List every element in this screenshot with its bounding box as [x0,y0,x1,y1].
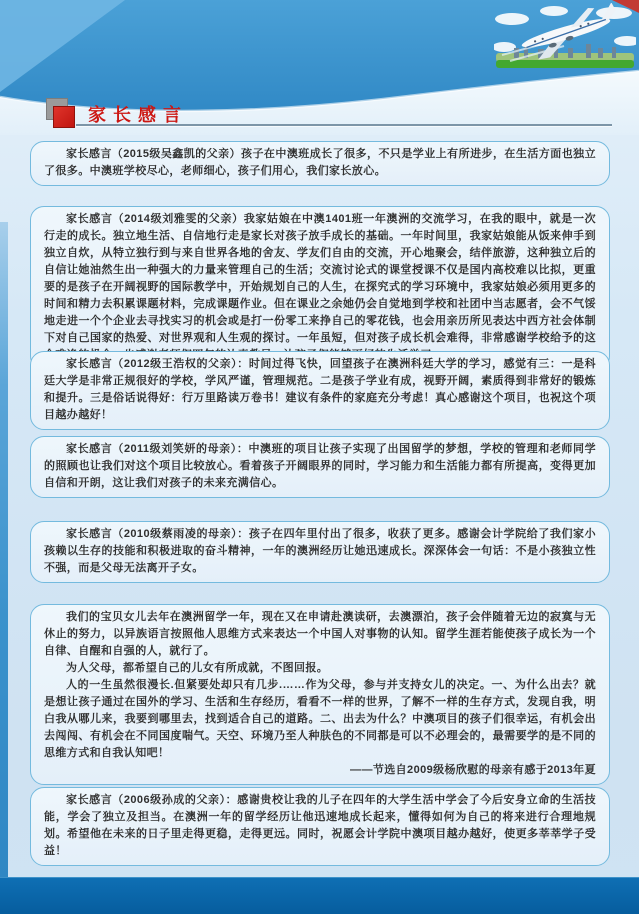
testimonial-box-2011: 家长感言（2011级刘笑妍的母亲）：中澳班的项目让孩子实现了出国留学的梦想，学校… [30,436,610,498]
testimonial-box-2006: 家长感言（2006级孙成的父亲）：感谢贵校让我的儿子在四年的大学生活中学会了今后… [30,787,610,866]
testimonial-text: 家长感言（2015级吴鑫凯的父亲）孩子在中澳班成长了很多，不只是学业上有所进步，… [44,146,596,180]
testimonial-box-2012: 家长感言（2012级王浩权的父亲）：时间过得飞快，回望孩子在澳洲科廷大学的学习，… [30,351,610,430]
testimonial-text: 家长感言（2010级蔡雨凌的母亲）：孩子在四年里付出了很多，收获了更多。感谢会计… [44,526,596,577]
left-edge-stripe [0,222,8,878]
testimonial-text: 家长感言（2011级刘笑妍的母亲）：中澳班的项目让孩子实现了出国留学的梦想，学校… [44,441,596,492]
testimonial-text: 为人父母，都希望自己的儿女有所成就，不图回报。 [44,660,596,677]
footer-bar [0,877,639,914]
testimonial-box-2010: 家长感言（2010级蔡雨凌的母亲）：孩子在四年里付出了很多，收获了更多。感谢会计… [30,521,610,583]
testimonial-signature: ——节选自2009级杨欣慰的母亲有感于2013年夏 [44,762,596,779]
testimonial-text: 人的一生虽然很漫长.但紧要处却只有几步.……作为父母，参与并支持女儿的决定。一、… [44,677,596,762]
airplane-image [494,3,636,77]
title-squares-icon [46,98,78,128]
testimonial-text: 家长感言（2012级王浩权的父亲）：时间过得飞快，回望孩子在澳洲科廷大学的学习，… [44,356,596,424]
testimonial-text: 家长感言（2006级孙成的父亲）：感谢贵校让我的儿子在四年的大学生活中学会了今后… [44,792,596,860]
airplane-illustration [494,3,636,77]
city-skyline [496,44,634,68]
title-underline [76,124,612,126]
testimonial-text: 我们的宝贝女儿去年在澳洲留学一年，现在又在申请赴澳读研，去澳漂泊，孩子会伴随着无… [44,609,596,660]
testimonial-text: 家长感言（2014级刘雅雯的父亲）我家姑娘在中澳1401班一年澳洲的交流学习，在… [44,211,596,364]
testimonial-box-2009: 我们的宝贝女儿去年在澳洲留学一年，现在又在申请赴澳读研，去澳漂泊，孩子会伴随着无… [30,604,610,785]
testimonial-box-2014: 家长感言（2014级刘雅雯的父亲）我家姑娘在中澳1401班一年澳洲的交流学习，在… [30,206,610,370]
testimonial-box-2015: 家长感言（2015级吴鑫凯的父亲）孩子在中澳班成长了很多，不只是学业上有所进步，… [30,141,610,186]
red-square-icon [53,106,75,128]
